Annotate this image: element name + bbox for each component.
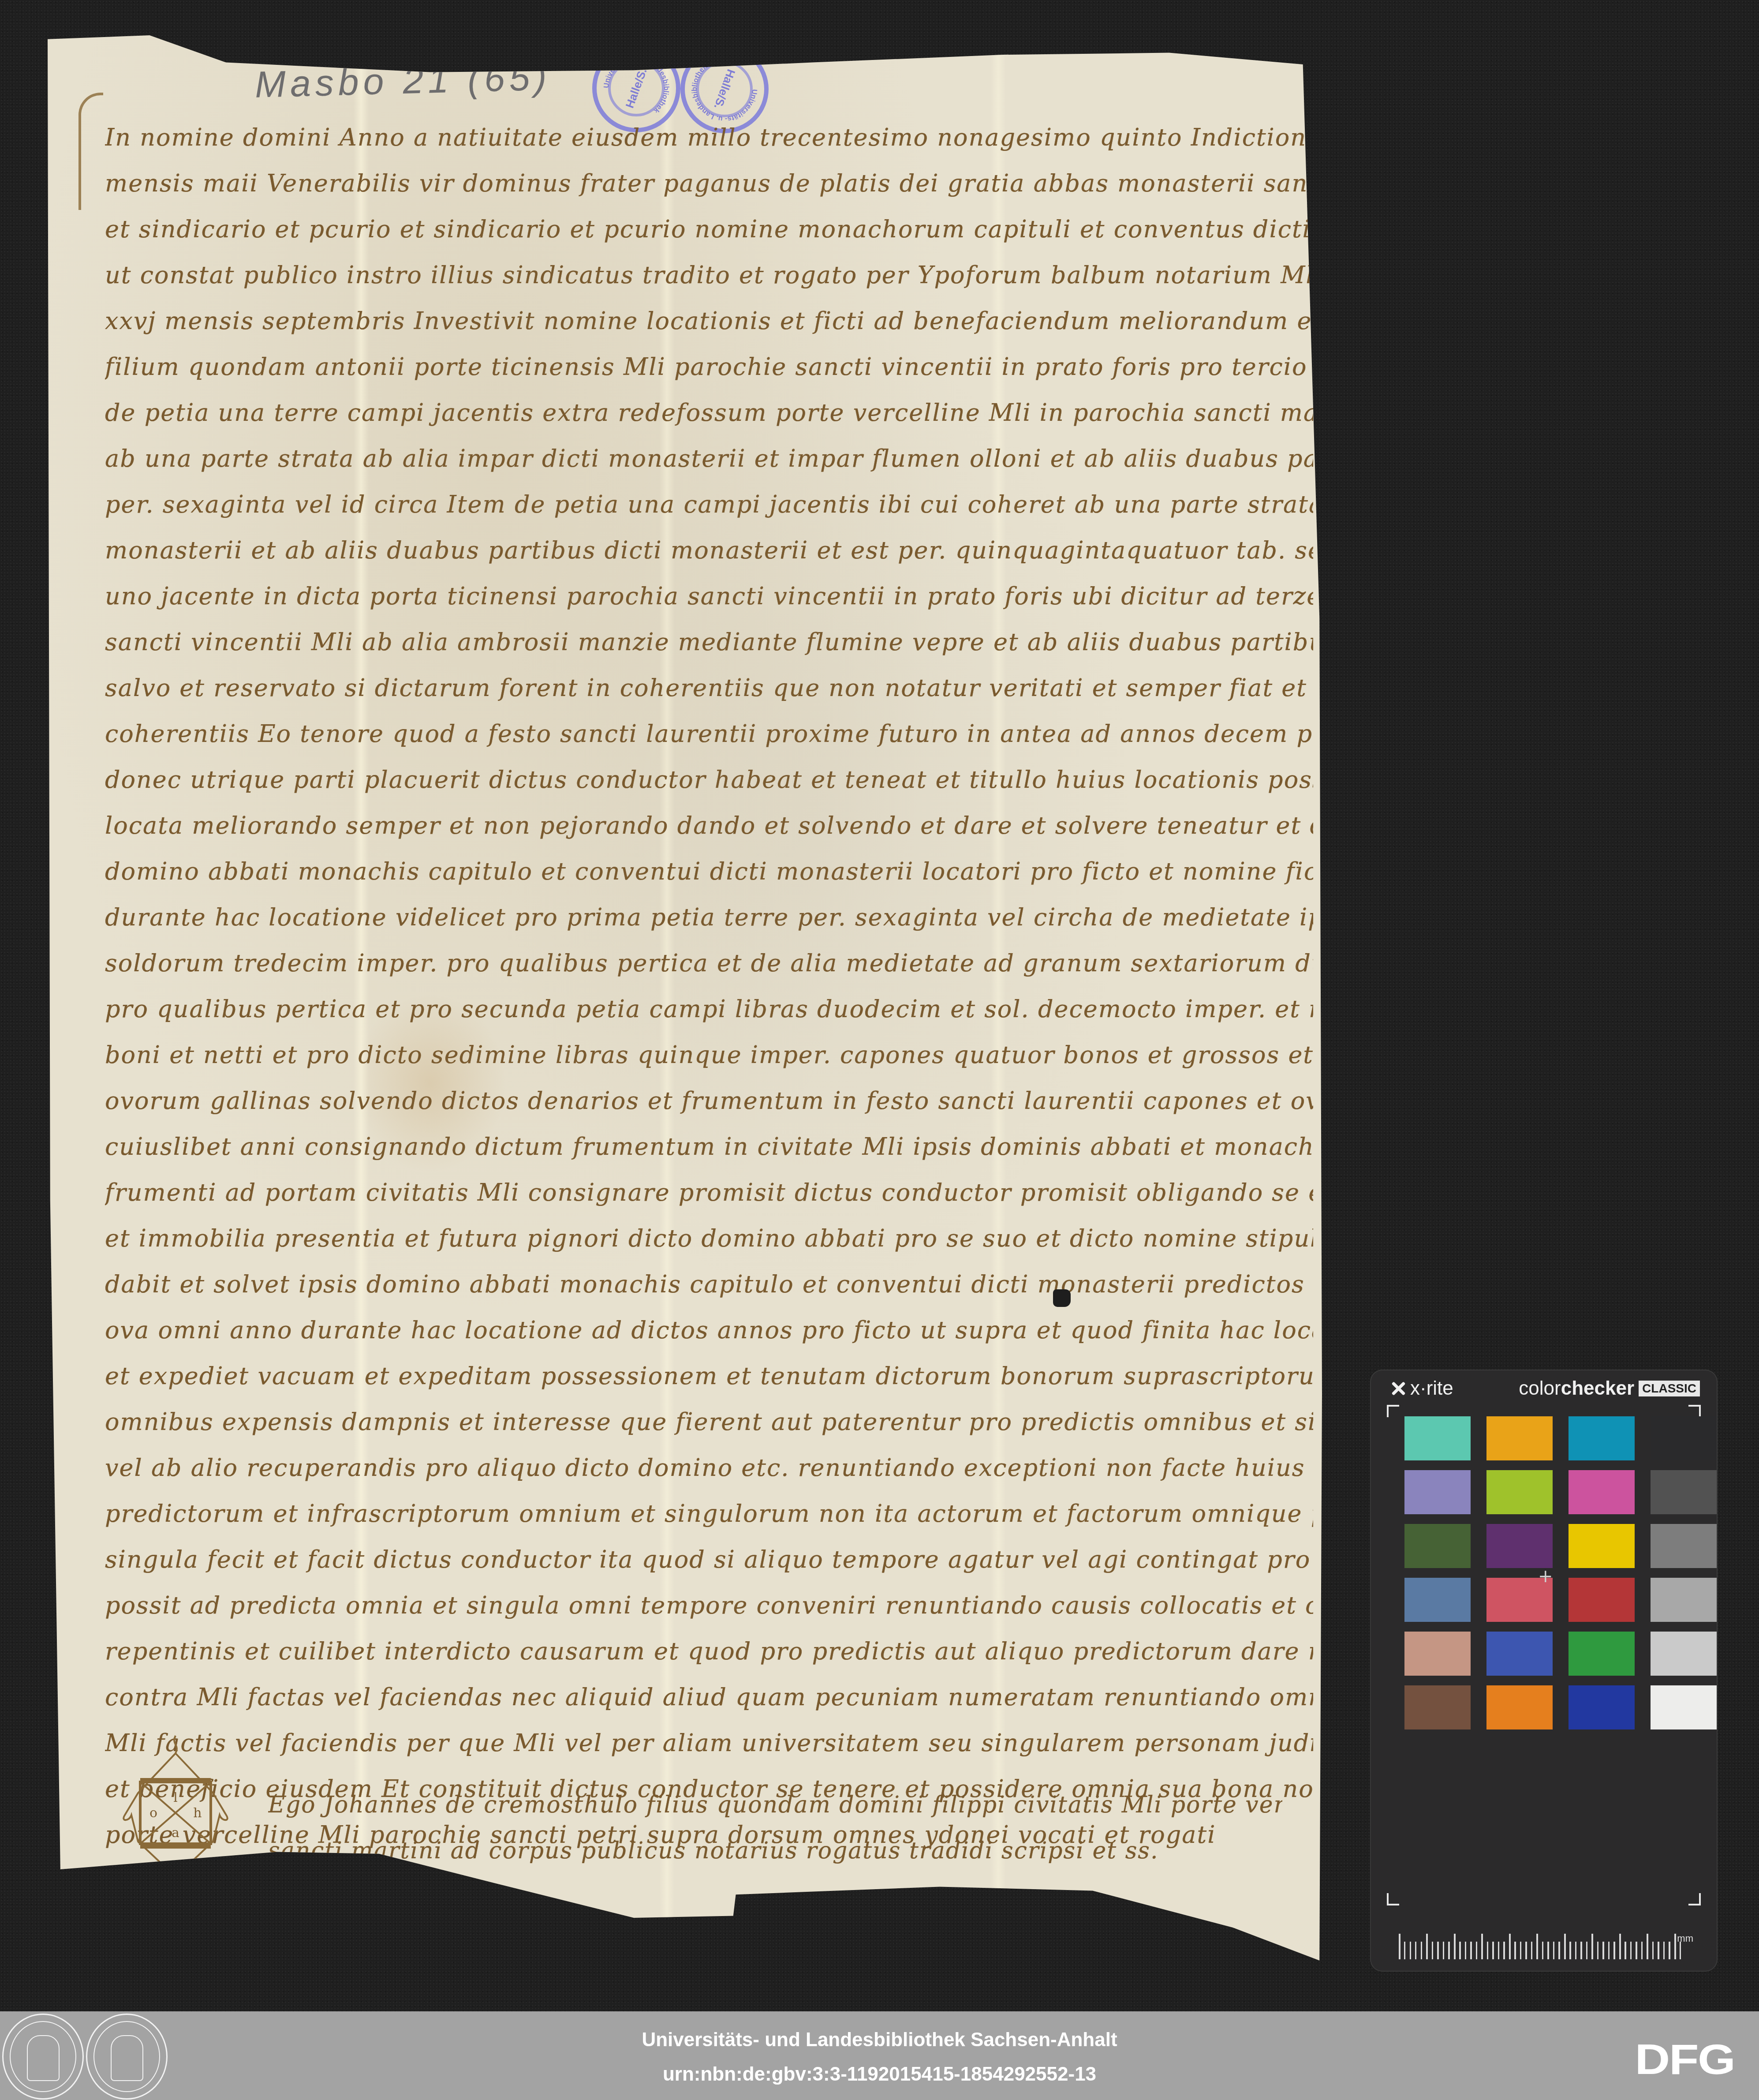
corner-mark-top-right bbox=[1688, 1405, 1701, 1417]
color-patch-r6-c4 bbox=[1651, 1685, 1717, 1729]
center-crosshair-icon: + bbox=[1538, 1566, 1553, 1587]
charter-text-line: ut constat publico instro illius sindica… bbox=[105, 252, 1313, 298]
urn-identifier: urn:nbn:de:gbv:3:3-1192015415-1854292552… bbox=[0, 2063, 1759, 2085]
charter-text-line: frumenti ad portam civitatis Mli consign… bbox=[105, 1170, 1313, 1216]
color-patch-r4-c3 bbox=[1569, 1578, 1635, 1622]
color-patch-r2-c4 bbox=[1651, 1470, 1717, 1514]
color-patch-r4-c1 bbox=[1404, 1578, 1471, 1622]
subscription-line: Ego Johannes de cremosthulo filius quond… bbox=[268, 1782, 1282, 1828]
charter-text-line: predictorum et infrascriptorum omnium et… bbox=[105, 1491, 1313, 1537]
color-patch-r5-c1 bbox=[1404, 1632, 1471, 1676]
charter-text-line: cuiuslibet anni consignando dictum frume… bbox=[105, 1124, 1313, 1170]
charter-text-line: ovorum gallinas solvendo dictos denarios… bbox=[105, 1078, 1313, 1124]
charter-text-line: vel ab alio recuperandis pro aliquo dict… bbox=[105, 1445, 1313, 1491]
color-patch-r1-c2 bbox=[1486, 1416, 1553, 1460]
color-patch-r2-c1 bbox=[1404, 1470, 1471, 1514]
color-patch-r3-c2 bbox=[1486, 1524, 1553, 1568]
charter-text-line: uno jacente in dicta porta ticinensi par… bbox=[105, 573, 1313, 619]
color-patch-r6-c1 bbox=[1404, 1685, 1471, 1729]
charter-text-line: domino abbati monachis capitulo et conve… bbox=[105, 849, 1313, 895]
charter-text-line: repentinis et cuilibet interdicto causar… bbox=[105, 1628, 1313, 1674]
ruler-unit-label: mm bbox=[1677, 1933, 1693, 1944]
parchment-charter: Masbo 21 (65) Universitäts- u. Landesbib… bbox=[48, 35, 1322, 1976]
corner-mark-bottom-left bbox=[1387, 1893, 1399, 1905]
university-seal-wittenberg-icon bbox=[86, 2014, 168, 2100]
mm-ruler-major-ticks bbox=[1399, 1934, 1681, 1959]
charter-text-line: filium quondam antonii porte ticinensis … bbox=[105, 344, 1313, 390]
xrite-x-icon bbox=[1390, 1380, 1407, 1397]
classic-badge: CLASSIC bbox=[1639, 1381, 1700, 1396]
charter-text-line: de petia una terre campi jacentis extra … bbox=[105, 390, 1313, 436]
corner-mark-bottom-right bbox=[1688, 1893, 1701, 1905]
notary-subscription: Ego Johannes de cremosthulo filius quond… bbox=[268, 1782, 1282, 1874]
charter-text-line: singula fecit et facit dictus conductor … bbox=[105, 1537, 1313, 1583]
charter-text-line: coherentiis Eo tenore quod a festo sanct… bbox=[105, 711, 1313, 757]
charter-text-line: possit ad predicta omnia et singula omni… bbox=[105, 1583, 1313, 1628]
color-patch-r6-c3 bbox=[1569, 1685, 1635, 1729]
charter-text-line: ab una parte strata ab alia impar dicti … bbox=[105, 436, 1313, 482]
dfg-logo: DFG bbox=[1635, 2036, 1735, 2084]
xrite-logo: x·rite bbox=[1390, 1378, 1453, 1400]
charter-text-line: dabit et solvet ipsis domino abbati mona… bbox=[105, 1261, 1313, 1307]
svg-text:a: a bbox=[172, 1825, 179, 1841]
color-patch-r2-c2 bbox=[1486, 1470, 1553, 1514]
charter-text-line: soldorum tredecim imper. pro qualibus pe… bbox=[105, 940, 1313, 986]
color-patch-r1-c4 bbox=[1651, 1416, 1717, 1460]
notarial-signum-icon: l o h a bbox=[120, 1731, 231, 1899]
charter-text-line: omnibus expensis dampnis et interesse qu… bbox=[105, 1399, 1313, 1445]
color-patch-r6-c2 bbox=[1486, 1685, 1553, 1729]
svg-text:o: o bbox=[149, 1805, 157, 1821]
color-patch-r1-c3 bbox=[1569, 1416, 1635, 1460]
svg-text:l: l bbox=[173, 1790, 178, 1805]
charter-text-line: sancti vincentii Mli ab alia ambrosii ma… bbox=[105, 619, 1313, 665]
library-footer-band: Universitäts- und Landesbibliothek Sachs… bbox=[0, 2011, 1759, 2100]
decorated-initial-i bbox=[78, 93, 103, 210]
charter-text-line: Mli factis vel faciendis per que Mli vel… bbox=[105, 1720, 1313, 1766]
charter-text-line: et immobilia presentia et futura pignori… bbox=[105, 1216, 1313, 1261]
charter-text-line: pro qualibus pertica et pro secunda peti… bbox=[105, 986, 1313, 1032]
colorchecker-target: x·rite color checker CLASSIC + mm bbox=[1370, 1370, 1718, 1972]
colorchecker-product-name: color checker CLASSIC bbox=[1519, 1378, 1700, 1400]
charter-text-line: durante hac locatione videlicet pro prim… bbox=[105, 895, 1313, 940]
charter-text-line: mensis maii Venerabilis vir dominus frat… bbox=[105, 161, 1313, 206]
charter-text-line: salvo et reservato si dictarum forent in… bbox=[105, 665, 1313, 711]
color-patch-r3-c3 bbox=[1569, 1524, 1635, 1568]
color-patch-grid bbox=[1404, 1416, 1717, 1729]
color-patch-r5-c3 bbox=[1569, 1632, 1635, 1676]
charter-text-line: xxvj mensis septembris Investivit nomine… bbox=[105, 298, 1313, 344]
subscription-line: sancti martini ad corpus publicus notari… bbox=[268, 1828, 1282, 1874]
library-name: Universitäts- und Landesbibliothek Sachs… bbox=[0, 2029, 1759, 2051]
color-patch-r3-c4 bbox=[1651, 1524, 1717, 1568]
color-patch-r5-c4 bbox=[1651, 1632, 1717, 1676]
color-patch-r2-c3 bbox=[1569, 1470, 1635, 1514]
svg-text:h: h bbox=[193, 1805, 202, 1821]
charter-text-line: donec utrique parti placuerit dictus con… bbox=[105, 757, 1313, 803]
color-patch-r4-c4 bbox=[1651, 1578, 1717, 1622]
charter-text-line: monasterii et ab aliis duabus partibus d… bbox=[105, 528, 1313, 573]
product-name-light: color bbox=[1519, 1378, 1561, 1400]
color-patch-r3-c1 bbox=[1404, 1524, 1471, 1568]
charter-text-line: locata meliorando semper et non pejorand… bbox=[105, 803, 1313, 849]
parchment-hole bbox=[1053, 1289, 1071, 1307]
charter-text-line: per. sexaginta vel id circa Item de peti… bbox=[105, 482, 1313, 528]
xrite-brand-text: x·rite bbox=[1410, 1378, 1453, 1400]
scan-area: Masbo 21 (65) Universitäts- u. Landesbib… bbox=[0, 0, 1759, 2011]
charter-text-line: contra Mli factas vel faciendas nec aliq… bbox=[105, 1674, 1313, 1720]
charter-text-line: boni et netti et pro dicto sedimine libr… bbox=[105, 1032, 1313, 1078]
color-patch-r5-c2 bbox=[1486, 1632, 1553, 1676]
product-name-bold: checker bbox=[1561, 1378, 1634, 1400]
charter-text-line: et expediet vacuam et expeditam possessi… bbox=[105, 1353, 1313, 1399]
pencil-shelfmark: Masbo 21 (65) bbox=[254, 56, 552, 106]
charter-text-block: In nomine domini Anno a natiuitate eiusd… bbox=[105, 115, 1313, 1858]
university-seal-halle-icon bbox=[2, 2014, 84, 2100]
charter-text-line: ova omni anno durante hac locatione ad d… bbox=[105, 1307, 1313, 1353]
charter-text-line: et sindicario et pcurio et sindicario et… bbox=[105, 206, 1313, 252]
notarial-signum: l o h a bbox=[120, 1731, 231, 1899]
corner-mark-top-left bbox=[1387, 1405, 1399, 1417]
color-patch-r1-c1 bbox=[1404, 1416, 1471, 1460]
charter-text-line: In nomine domini Anno a natiuitate eiusd… bbox=[105, 115, 1313, 161]
